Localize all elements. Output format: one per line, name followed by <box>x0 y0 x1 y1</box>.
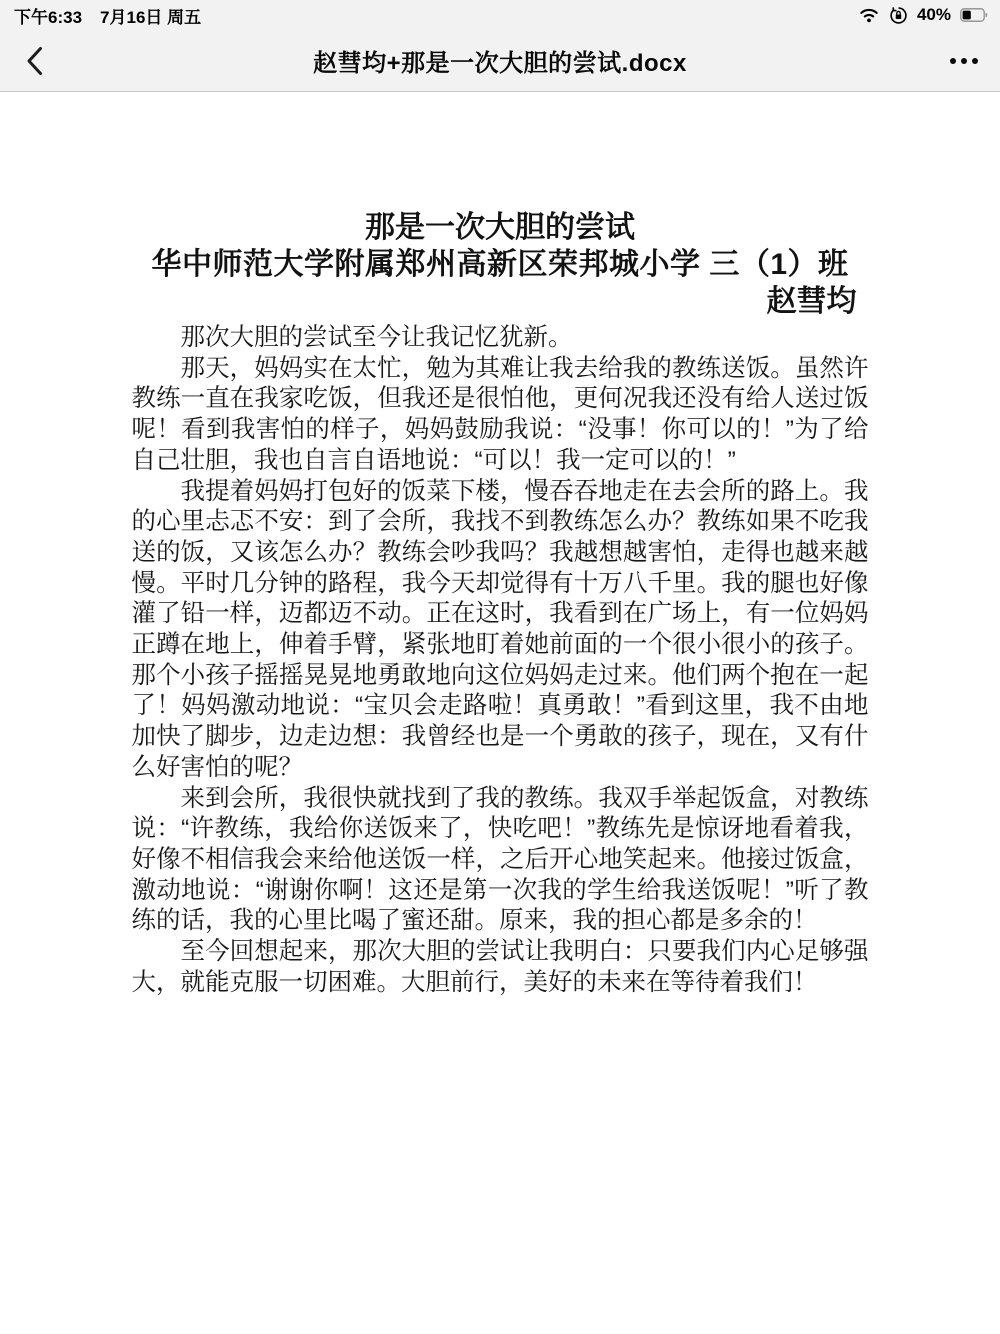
clock-label: 下午6:33 <box>14 3 82 28</box>
file-title: 赵彗均+那是一次大胆的尝试.docx <box>0 43 1000 78</box>
back-button[interactable] <box>16 30 64 92</box>
paragraph: 那天，妈妈实在太忙，勉为其难让我去给我的教练送饭。虽然许教练一直在我家吃饭，但我… <box>132 354 869 477</box>
paragraph: 那次大胆的尝试至今让我记忆犹新。 <box>132 323 869 354</box>
orientation-lock-icon <box>889 6 908 25</box>
doc-subtitle: 华中师范大学附属郑州高新区荣邦城小学 三（1）班 <box>132 246 869 283</box>
document-page: 那是一次大胆的尝试 华中师范大学附属郑州高新区荣邦城小学 三（1）班 赵彗均 那… <box>132 92 869 998</box>
chevron-left-icon <box>26 46 43 76</box>
wifi-icon <box>858 7 880 23</box>
document-scroll-area[interactable]: 那是一次大胆的尝试 华中师范大学附属郑州高新区荣邦城小学 三（1）班 赵彗均 那… <box>0 92 1000 1333</box>
status-right: 40% <box>858 5 988 25</box>
nav-bar: 赵彗均+那是一次大胆的尝试.docx <box>0 30 1000 92</box>
more-button[interactable] <box>950 30 978 92</box>
paragraph: 至今回想起来，那次大胆的尝试让我明白：只要我们内心足够强大，就能克服一切困难。大… <box>132 937 869 998</box>
status-left: 下午6:33 7月16日 周五 <box>14 3 201 28</box>
paragraph: 我提着妈妈打包好的饭菜下楼，慢吞吞地走在去会所的路上。我的心里忐忑不安：到了会所… <box>132 477 869 784</box>
paragraph: 来到会所，我很快就找到了我的教练。我双手举起饭盒，对教练说：“许教练，我给你送饭… <box>132 784 869 938</box>
status-bar: 下午6:33 7月16日 周五 40% <box>0 0 1000 30</box>
doc-author: 赵彗均 <box>132 283 869 320</box>
battery-percent-label: 40% <box>917 5 951 25</box>
date-label: 7月16日 周五 <box>100 3 201 28</box>
battery-icon <box>960 8 988 22</box>
document-heading: 那是一次大胆的尝试 华中师范大学附属郑州高新区荣邦城小学 三（1）班 赵彗均 <box>132 209 869 320</box>
doc-title: 那是一次大胆的尝试 <box>132 209 869 246</box>
document-body: 那次大胆的尝试至今让我记忆犹新。 那天，妈妈实在太忙，勉为其难让我去给我的教练送… <box>132 323 869 998</box>
ellipsis-icon <box>950 58 978 64</box>
app-screen: { "status_bar": { "time": "下午6:33", "dat… <box>0 0 1000 1334</box>
